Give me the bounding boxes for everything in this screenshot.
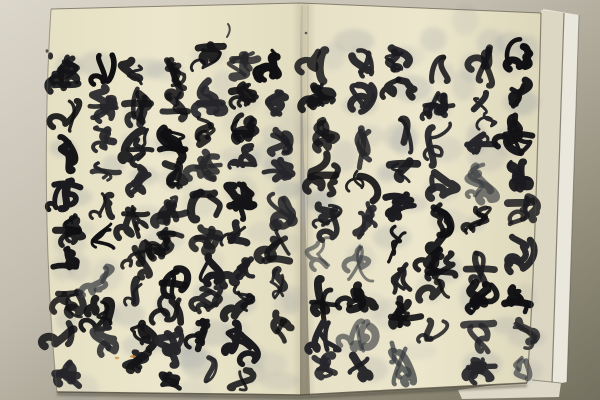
photo-of-open-manuscript-book <box>0 0 600 400</box>
book-photo-canvas <box>0 0 600 400</box>
